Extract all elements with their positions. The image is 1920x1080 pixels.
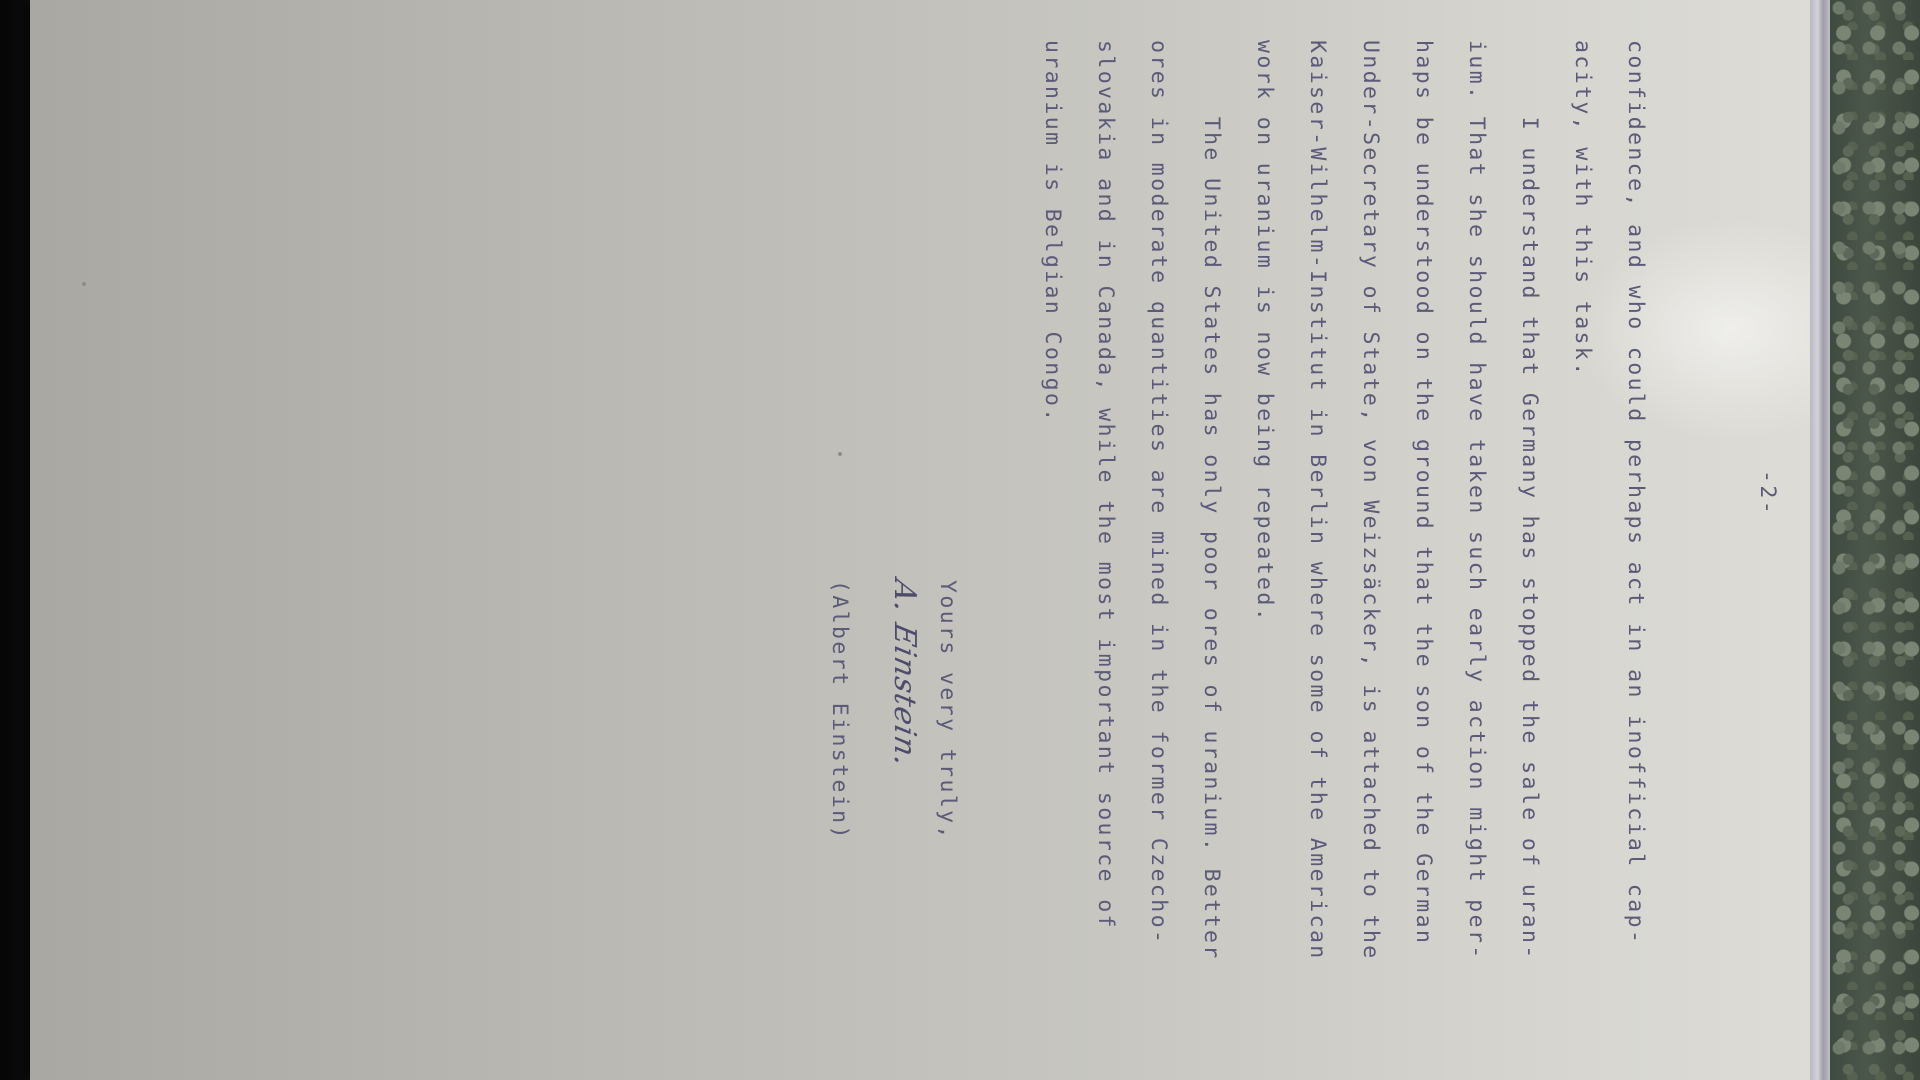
letter-line: ium. That she should have taken such ear… xyxy=(1464,40,1489,961)
textured-wall xyxy=(1830,0,1920,1080)
letter-line: ores in moderate quantities are mined in… xyxy=(1146,40,1171,945)
letter-line: work on uranium is now being repeated. xyxy=(1252,40,1277,623)
letter-text-rotated: -2- confidence, and who could perhaps ac… xyxy=(180,40,1780,1040)
paper-speck xyxy=(82,282,86,286)
letter-line: confidence, and who could perhaps act in… xyxy=(1623,40,1648,945)
photo-scene: -2- confidence, and who could perhaps ac… xyxy=(0,0,1920,1080)
letter-line: slovakia and in Canada, while the most i… xyxy=(1093,40,1118,930)
letter-line: The United States has only poor ores of … xyxy=(1199,40,1224,961)
letter-line: acity, with this task. xyxy=(1570,40,1595,378)
page-number: -2- xyxy=(1755,470,1780,516)
letter-line: haps be understood on the ground that th… xyxy=(1411,40,1436,945)
handwritten-signature: A. Einstein. xyxy=(887,576,922,771)
letter-line: uranium is Belgian Congo. xyxy=(1040,40,1065,424)
closing: Yours very truly, xyxy=(935,580,960,841)
signatory-name: (Albert Einstein) xyxy=(827,580,852,841)
letter-line: Kaiser-Wilhelm-Institut in Berlin where … xyxy=(1305,40,1330,961)
letter-line: I understand that Germany has stopped th… xyxy=(1517,40,1542,961)
frame-edge xyxy=(1810,0,1832,1080)
letter-line: Under-Secretary of State, von Weizsäcker… xyxy=(1358,40,1383,961)
